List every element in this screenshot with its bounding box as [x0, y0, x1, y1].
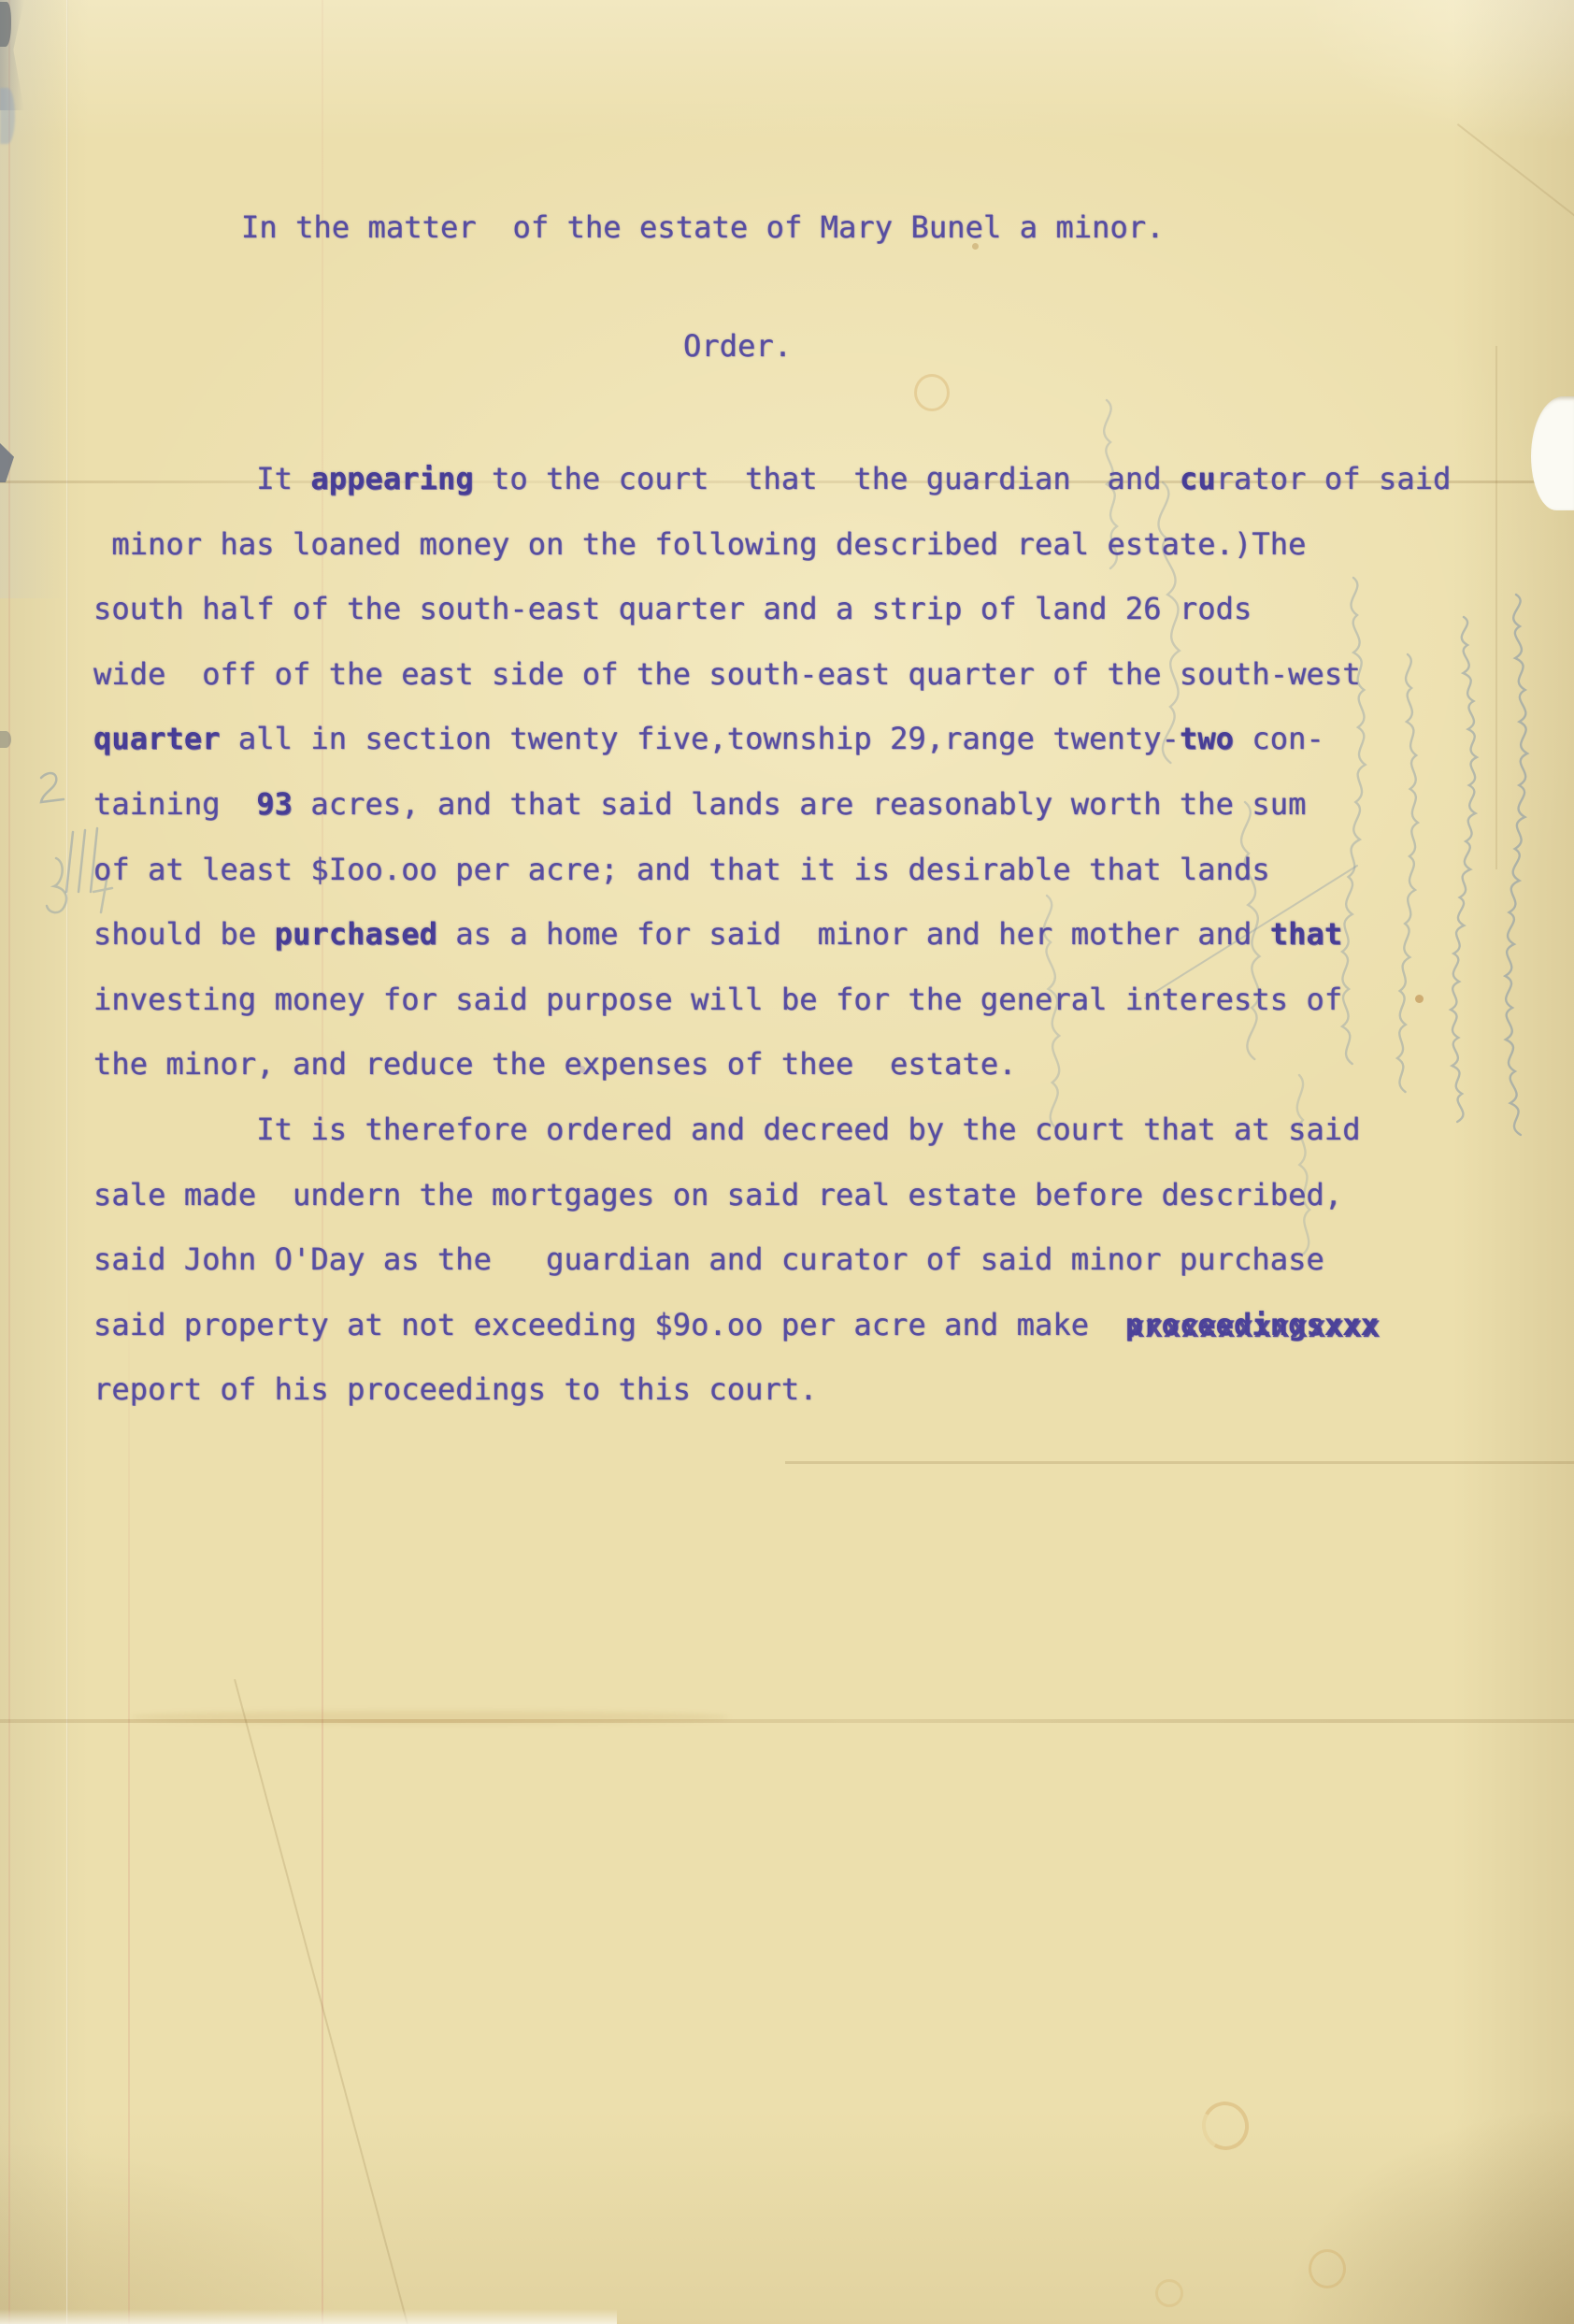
- torn-notch-right-edge: [1531, 396, 1574, 510]
- document-line: It is therefore ordered and decreed by t…: [93, 1097, 1451, 1163]
- stain-ring: [1309, 2249, 1346, 2288]
- diagonal-crease-top-right: [1457, 123, 1574, 240]
- ruled-line-faint-left: [8, 0, 10, 2324]
- stain-ring: [1155, 2279, 1183, 2307]
- left-edge-light-strip: [0, 0, 67, 598]
- pencil-mark: [47, 858, 66, 912]
- document-title: In the matter of the estate of Mary Bune…: [241, 209, 1165, 245]
- pencil-stroke: [1451, 617, 1477, 1122]
- document-line: quarter all in section twenty five,towns…: [93, 707, 1451, 772]
- document-line: investing money for said purpose will be…: [93, 968, 1451, 1033]
- dark-mark-left-edge: [0, 443, 14, 482]
- order-heading: Order.: [683, 328, 792, 364]
- document-line: sale made undern the mortgages on said r…: [93, 1163, 1451, 1228]
- horizontal-crease-middle: [785, 1461, 1574, 1464]
- stain-ring: [1196, 2096, 1254, 2155]
- blue-smudge-left-edge: [0, 88, 15, 144]
- diagonal-crease-bottom-left: [234, 1679, 408, 2324]
- small-mark-left-edge: [0, 731, 11, 748]
- document-line: said John O'Day as the guardian and cura…: [93, 1227, 1451, 1293]
- corner-tear-dark-spot: [0, 2, 11, 47]
- document-line: south half of the south-east quarter and…: [93, 577, 1451, 642]
- document-line: minor has loaned money on the following …: [93, 512, 1451, 578]
- document-line: the minor, and reduce the expenses of th…: [93, 1032, 1451, 1097]
- scanned-document-page: In the matter of the estate of Mary Bune…: [0, 0, 1574, 2324]
- document-line: wide off of the east side of the south-e…: [93, 642, 1451, 708]
- stain-ring: [914, 374, 950, 411]
- fold-stain: [131, 1711, 729, 1724]
- corner-tear-top-left: [0, 0, 24, 110]
- pencil-mark: [66, 832, 73, 892]
- document-line: of at least $Ioo.oo per acre; and that i…: [93, 838, 1451, 903]
- document-body: It appearing to the court that the guard…: [93, 447, 1451, 1423]
- horizontal-fold-line: [0, 1719, 1574, 1723]
- document-line: should be purchased as a home for said m…: [93, 902, 1451, 968]
- pencil-mark: [79, 830, 85, 892]
- document-line: It appearing to the court that the guard…: [93, 447, 1451, 512]
- pencil-stroke: [1505, 595, 1527, 1135]
- pencil-mark: [41, 773, 64, 802]
- document-line: said property at not exceeding $9o.oo pe…: [93, 1293, 1451, 1358]
- document-line: report of his proceedings to this court.: [93, 1357, 1451, 1423]
- document-line: taining 93 acres, and that said lands ar…: [93, 772, 1451, 838]
- vertical-crease-right: [1495, 346, 1497, 869]
- vertical-crease-left: [66, 0, 68, 2324]
- bottom-edge-sliver: [0, 2309, 617, 2324]
